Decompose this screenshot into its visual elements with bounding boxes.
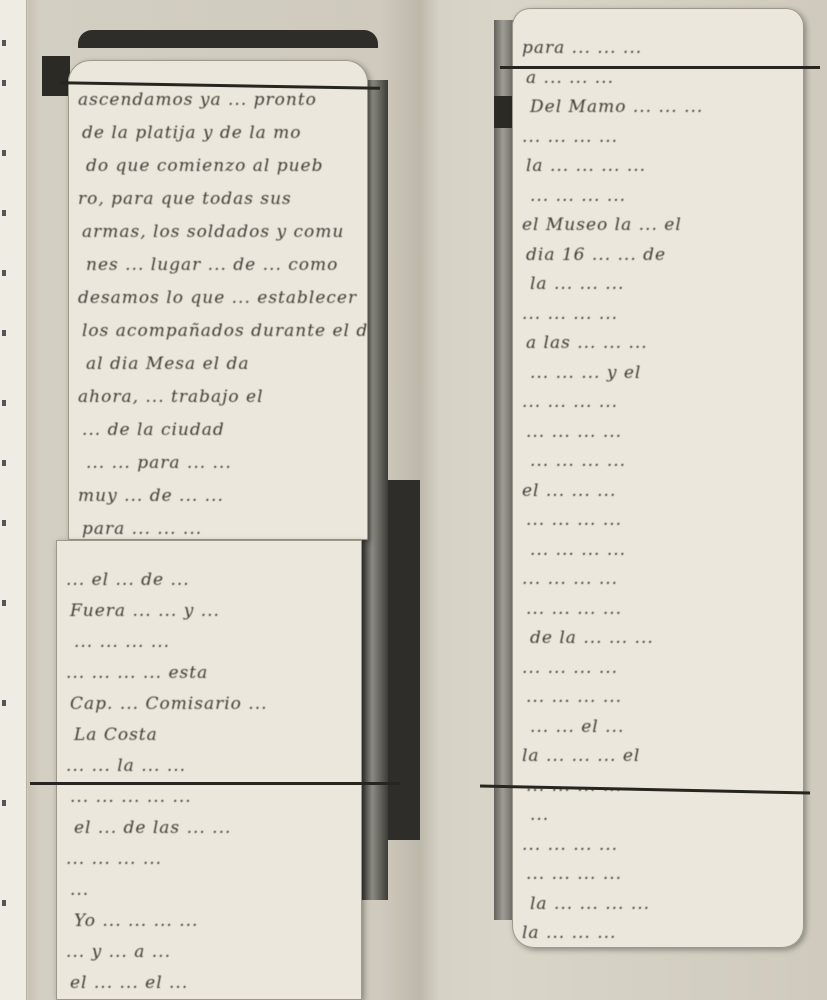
handwritten-line: el ... ... ... [512,481,804,507]
handwritten-line: para ... ... ... [512,38,804,64]
handwritten-line: La Costa [56,725,362,751]
handwritten-line: ... [512,805,804,831]
handwritten-line: ... ... ... ... [512,392,804,418]
handwritten-line: a ... ... ... [512,68,804,94]
handwritten-line: armas, los soldados y comu [68,222,368,248]
handwritten-line: ro, para que todas sus [68,189,368,215]
handwritten-line: el ... de las ... ... [56,818,362,844]
handwritten-line: ... ... ... ... [512,835,804,861]
handwritten-line: Del Mamo ... ... ... [512,97,804,123]
handwritten-line: a las ... ... ... [512,333,804,359]
rubber-band-left-bottom [30,782,400,785]
left-notebook-upper-page: ascendamos ya ... prontode la platija y … [68,60,368,540]
handwritten-line: ... ... ... y el [512,363,804,389]
handwritten-line: muy ... de ... ... [68,486,368,512]
handwritten-line: nes ... lugar ... de ... como [68,255,368,281]
handwritten-line: ... ... el ... [512,717,804,743]
handwritten-line: ... ... la ... ... [56,756,362,782]
handwritten-line: ... ... ... ... esta [56,663,362,689]
handwritten-line: al dia Mesa el da [68,354,368,380]
left-notebook-lower-page: ... el ... de ...Fuera ... ... y ...... … [56,540,362,1000]
handwritten-line: Fuera ... ... y ... [56,601,362,627]
handwritten-line: ... ... para ... ... [68,453,368,479]
handwritten-line: ... ... ... ... [56,849,362,875]
handwritten-line: desamos lo que ... establecer [68,288,368,314]
handwritten-line: do que comienzo al pueb [68,156,368,182]
handwritten-line: ... ... ... ... [512,304,804,330]
handwritten-line: ... y ... a ... [56,942,362,968]
handwritten-line: ... ... ... ... [512,540,804,566]
left-film-strip [0,0,27,1000]
handwritten-line: dia 16 ... ... de [512,245,804,271]
handwritten-line: ... ... ... ... [56,632,362,658]
center-dark-gap [388,480,420,840]
handwritten-line: la ... ... ... [512,274,804,300]
handwritten-line: ... ... ... ... ... [56,787,362,813]
top-binding [78,30,378,48]
handwritten-line: ... ... ... ... [512,451,804,477]
handwritten-line: ... ... ... ... [512,569,804,595]
handwritten-line: de la ... ... ... [512,628,804,654]
handwritten-line: el Museo la ... el [512,215,804,241]
top-left-clip [42,56,70,96]
handwritten-line: ... ... ... ... [512,599,804,625]
handwritten-line: ... ... ... ... [512,864,804,890]
handwritten-line: la ... ... ... [512,923,804,949]
handwritten-line: ... ... ... ... [512,127,804,153]
handwritten-line: ... ... ... ... [512,186,804,212]
handwritten-line: la ... ... ... ... [512,894,804,920]
rubber-band-right-top [500,66,820,69]
handwritten-line: ... ... ... ... [512,510,804,536]
handwritten-line: ahora, ... trabajo el [68,387,368,413]
right-notebook-page: para ... ... ...a ... ... ...Del Mamo ..… [512,8,804,948]
handwritten-line: ... ... ... ... [512,687,804,713]
handwritten-line: la ... ... ... el [512,746,804,772]
handwritten-line: de la platija y de la mo [68,123,368,149]
handwritten-line: el ... ... el ... [56,973,362,999]
handwritten-line: ... el ... de ... [56,570,362,596]
handwritten-line: ... de la ciudad [68,420,368,446]
handwritten-line: ... [56,880,362,906]
handwritten-line: ... ... ... ... [512,658,804,684]
handwritten-line: la ... ... ... ... [512,156,804,182]
handwritten-line: Yo ... ... ... ... [56,911,362,937]
handwritten-line: ... ... ... ... [512,422,804,448]
handwritten-line: Cap. ... Comisario ... [56,694,362,720]
handwritten-line: los acompañados durante el dia [68,321,368,347]
handwritten-line: ascendamos ya ... pronto [68,90,368,116]
